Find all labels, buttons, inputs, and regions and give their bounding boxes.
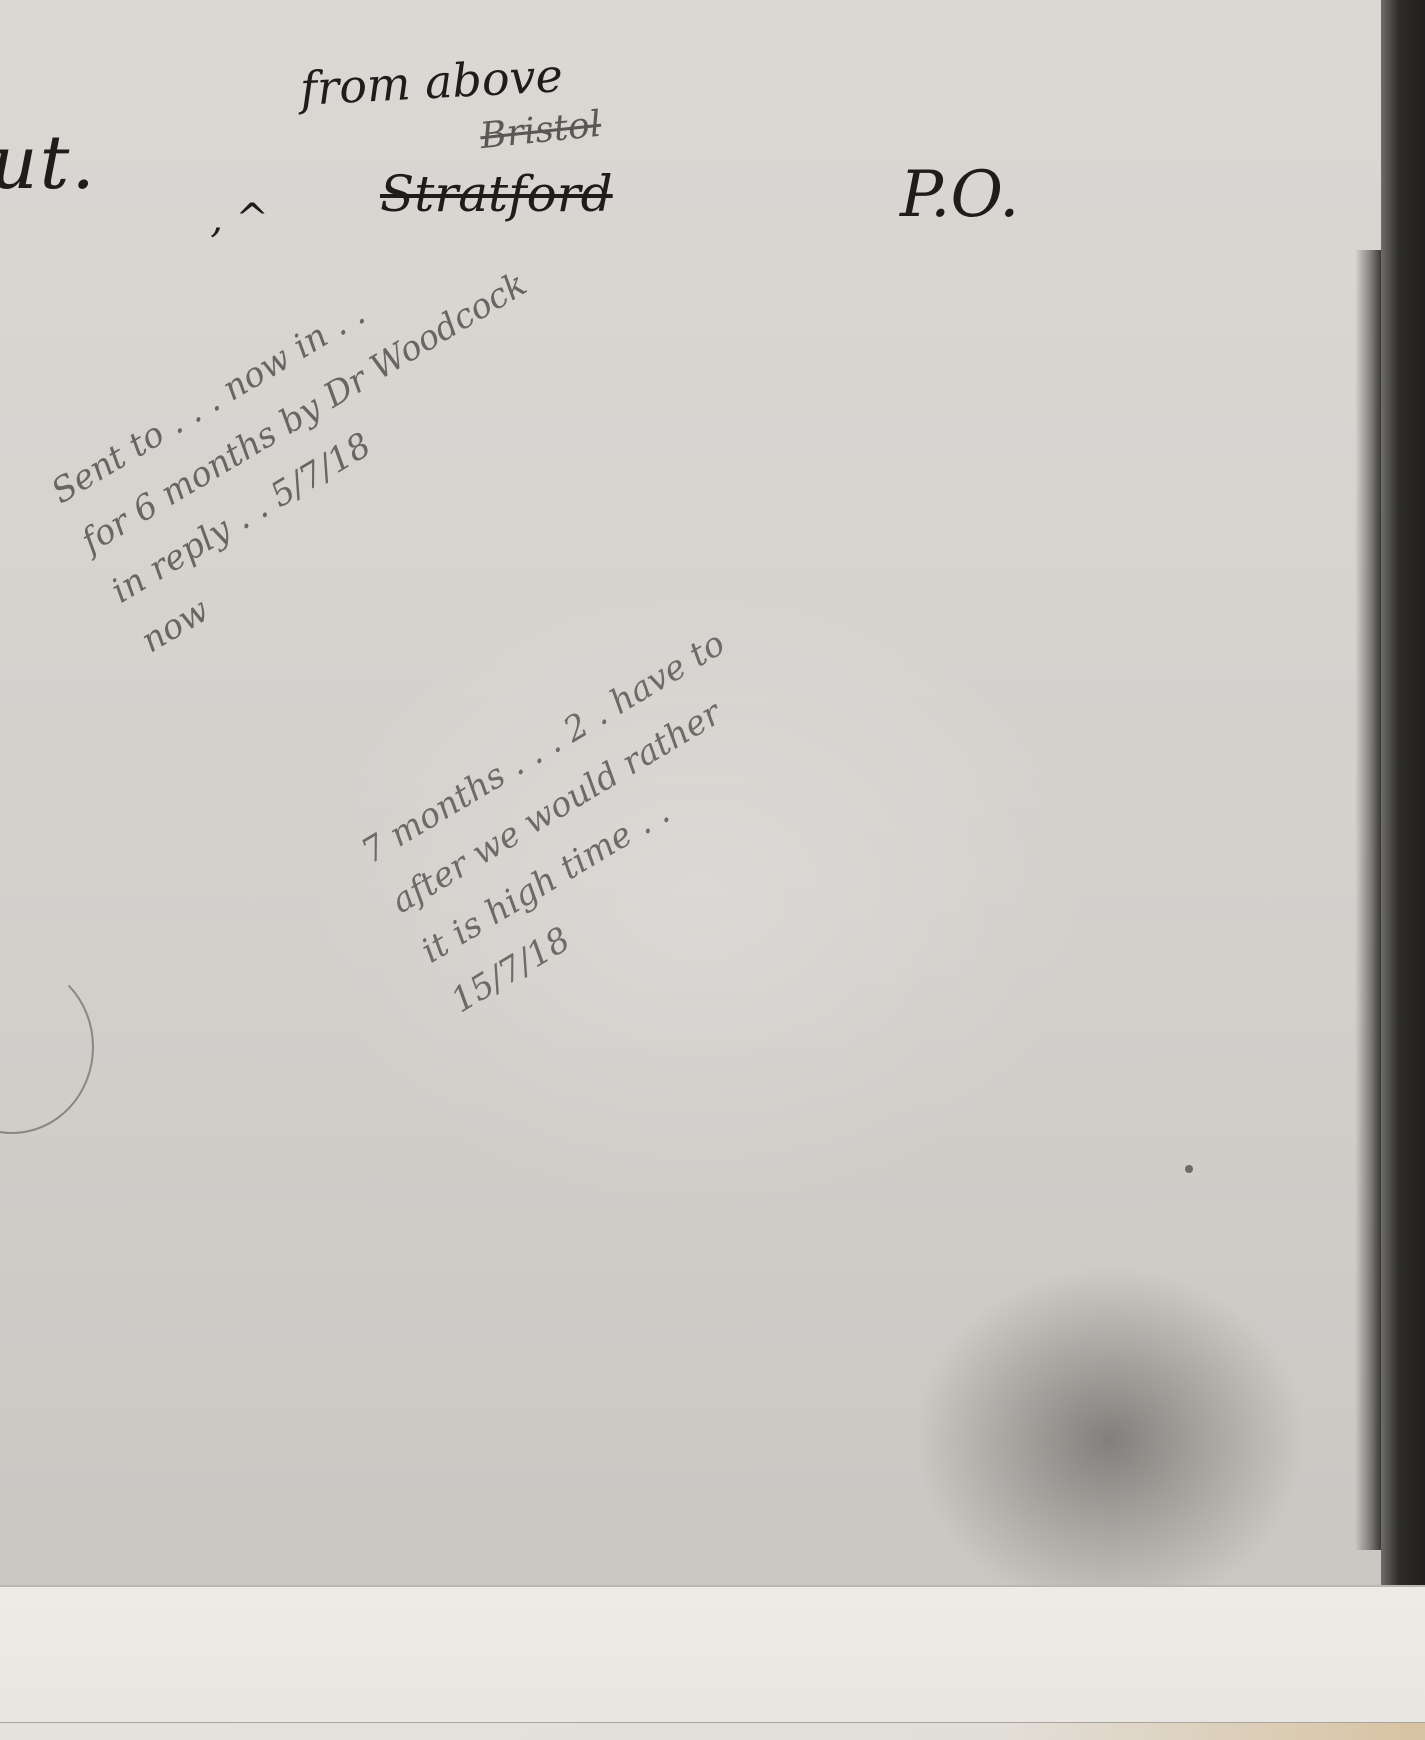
paper-margin-strip bbox=[0, 1585, 1425, 1727]
pencil-annotation-continued: 7 months . . . 2 . have to after we woul… bbox=[350, 616, 826, 1029]
ink-word-fragment: ut. bbox=[0, 120, 97, 206]
pencil-annotation: Sent to . . . now in . . for 6 months by… bbox=[40, 207, 598, 669]
circular-mark bbox=[0, 960, 94, 1134]
page-edge-shadow bbox=[1355, 250, 1381, 1550]
inserted-phrase: from above bbox=[299, 48, 564, 116]
manuscript-page: ut. ‚ ^ from above Bristol Stratford P.O… bbox=[0, 0, 1385, 1585]
insertion-caret: ‚ ^ bbox=[210, 196, 269, 242]
dark-binding-edge bbox=[1381, 0, 1425, 1585]
struck-word-lower: Stratford bbox=[380, 165, 613, 223]
struck-word-upper: Bristol bbox=[478, 104, 603, 157]
ink-speck bbox=[1185, 1165, 1193, 1173]
underlying-sheet-edge bbox=[0, 1722, 1425, 1740]
po-abbreviation: P.O. bbox=[900, 158, 1020, 232]
